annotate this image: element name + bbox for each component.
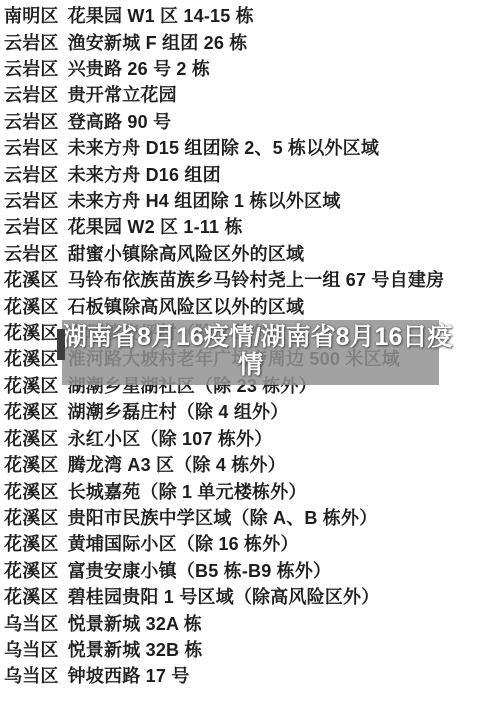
caption-quote-bar [57, 329, 65, 360]
area-detail: 甜蜜小镇除高风险区外的区域 [68, 240, 305, 266]
list-item: 南明区 花果园 W1 区 14-15 栋 [4, 2, 500, 28]
district-label: 花溪区 [4, 319, 59, 345]
list-item: 云岩区 未来方舟 H4 组团除 1 栋以外区域 [4, 187, 500, 213]
list-item: 花溪区 石板镇除高风险区以外的区域 [4, 292, 500, 318]
list-item: 云岩区 花果园 W2 区 1-11 栋 [4, 213, 500, 239]
area-detail: 富贵安康小镇（B5 栋-B9 栋外） [68, 557, 332, 583]
area-detail: 未来方舟 D16 组团 [68, 161, 221, 187]
district-label: 花溪区 [4, 266, 59, 292]
area-detail: 未来方舟 H4 组团除 1 栋以外区域 [68, 187, 341, 213]
area-detail: 长城嘉苑（除 1 单元楼栋外） [68, 478, 307, 504]
list-item: 云岩区 未来方舟 D15 组团除 2、5 栋以外区域 [4, 134, 500, 160]
district-label: 云岩区 [4, 161, 59, 187]
list-item: 花溪区 碧桂园贵阳 1 号区域（除高风险区外） [4, 583, 500, 609]
district-label: 云岩区 [4, 187, 59, 213]
area-detail: 湖潮乡磊庄村（除 4 组外） [68, 398, 289, 424]
caption-title-line2: 情 [62, 351, 439, 379]
district-label: 云岩区 [4, 55, 59, 81]
list-item: 云岩区 未来方舟 D16 组团 [4, 160, 500, 186]
district-label: 花溪区 [4, 425, 59, 451]
district-label: 花溪区 [4, 557, 59, 583]
list-item: 乌当区 悦景新城 32A 栋 [4, 609, 500, 635]
district-label: 花溪区 [4, 398, 59, 424]
district-label: 南明区 [4, 2, 59, 28]
area-detail: 腾龙湾 A3 区（除 4 栋外） [68, 451, 286, 477]
area-detail: 花果园 W1 区 14-15 栋 [68, 2, 254, 28]
list-item: 花溪区 贵阳市民族中学区域（除 A、B 栋外） [4, 504, 500, 530]
district-label: 花溪区 [4, 345, 59, 371]
list-item: 云岩区 渔安新城 F 组团 26 栋 [4, 28, 500, 54]
district-label: 花溪区 [4, 372, 59, 398]
district-label: 花溪区 [4, 478, 59, 504]
area-detail: 登高路 90 号 [68, 108, 172, 134]
list-item: 花溪区 永红小区（除 107 栋外） [4, 425, 500, 451]
list-item: 云岩区 登高路 90 号 [4, 108, 500, 134]
list-item: 云岩区 贵开常立花园 [4, 81, 500, 107]
area-detail: 石板镇除高风险区以外的区域 [68, 293, 305, 319]
district-label: 乌当区 [4, 662, 59, 688]
district-label: 花溪区 [4, 530, 59, 556]
district-label: 云岩区 [4, 29, 59, 55]
list-item: 花溪区 马铃布依族苗族乡马铃村尧上一组 67 号自建房 [4, 266, 500, 292]
district-label: 云岩区 [4, 240, 59, 266]
area-detail: 贵阳市民族中学区域（除 A、B 栋外） [68, 504, 378, 530]
list-item: 花溪区 腾龙湾 A3 区（除 4 栋外） [4, 451, 500, 477]
district-label: 云岩区 [4, 108, 59, 134]
list-item: 花溪区 黄埔国际小区（除 16 栋外） [4, 530, 500, 556]
area-detail: 碧桂园贵阳 1 号区域（除高风险区外） [68, 583, 380, 609]
area-detail: 永红小区（除 107 栋外） [68, 425, 273, 451]
list-item: 花溪区 长城嘉苑（除 1 单元楼栋外） [4, 477, 500, 503]
area-detail: 马铃布依族苗族乡马铃村尧上一组 67 号自建房 [68, 266, 445, 292]
caption-title-line1: 湖南省8月16疫情/湖南省8月16日疫 [62, 323, 439, 351]
district-label: 花溪区 [4, 583, 59, 609]
area-detail: 贵开常立花园 [68, 81, 177, 107]
district-label: 乌当区 [4, 636, 59, 662]
district-label: 云岩区 [4, 134, 59, 160]
district-label: 云岩区 [4, 213, 59, 239]
district-label: 云岩区 [4, 81, 59, 107]
area-detail: 渔安新城 F 组团 26 栋 [68, 29, 248, 55]
area-detail: 花果园 W2 区 1-11 栋 [68, 213, 243, 239]
area-detail: 黄埔国际小区（除 16 栋外） [68, 530, 299, 556]
district-label: 花溪区 [4, 451, 59, 477]
area-detail: 悦景新城 32B 栋 [68, 636, 203, 662]
area-detail: 悦景新城 32A 栋 [68, 610, 202, 636]
area-detail: 钟坡西路 17 号 [68, 662, 190, 688]
list-item: 乌当区 钟坡西路 17 号 [4, 662, 500, 688]
list-item: 乌当区 悦景新城 32B 栋 [4, 636, 500, 662]
list-item: 花溪区 湖潮乡磊庄村（除 4 组外） [4, 398, 500, 424]
list-item: 云岩区 兴贵路 26 号 2 栋 [4, 55, 500, 81]
district-label: 花溪区 [4, 293, 59, 319]
video-caption-overlay: 湖南省8月16疫情/湖南省8月16日疫 情 [62, 320, 439, 385]
list-item: 云岩区 甜蜜小镇除高风险区外的区域 [4, 240, 500, 266]
area-detail: 未来方舟 D15 组团除 2、5 栋以外区域 [68, 134, 379, 160]
area-detail: 兴贵路 26 号 2 栋 [68, 55, 210, 81]
district-label: 乌当区 [4, 610, 59, 636]
list-item: 花溪区 富贵安康小镇（B5 栋-B9 栋外） [4, 557, 500, 583]
district-label: 花溪区 [4, 504, 59, 530]
